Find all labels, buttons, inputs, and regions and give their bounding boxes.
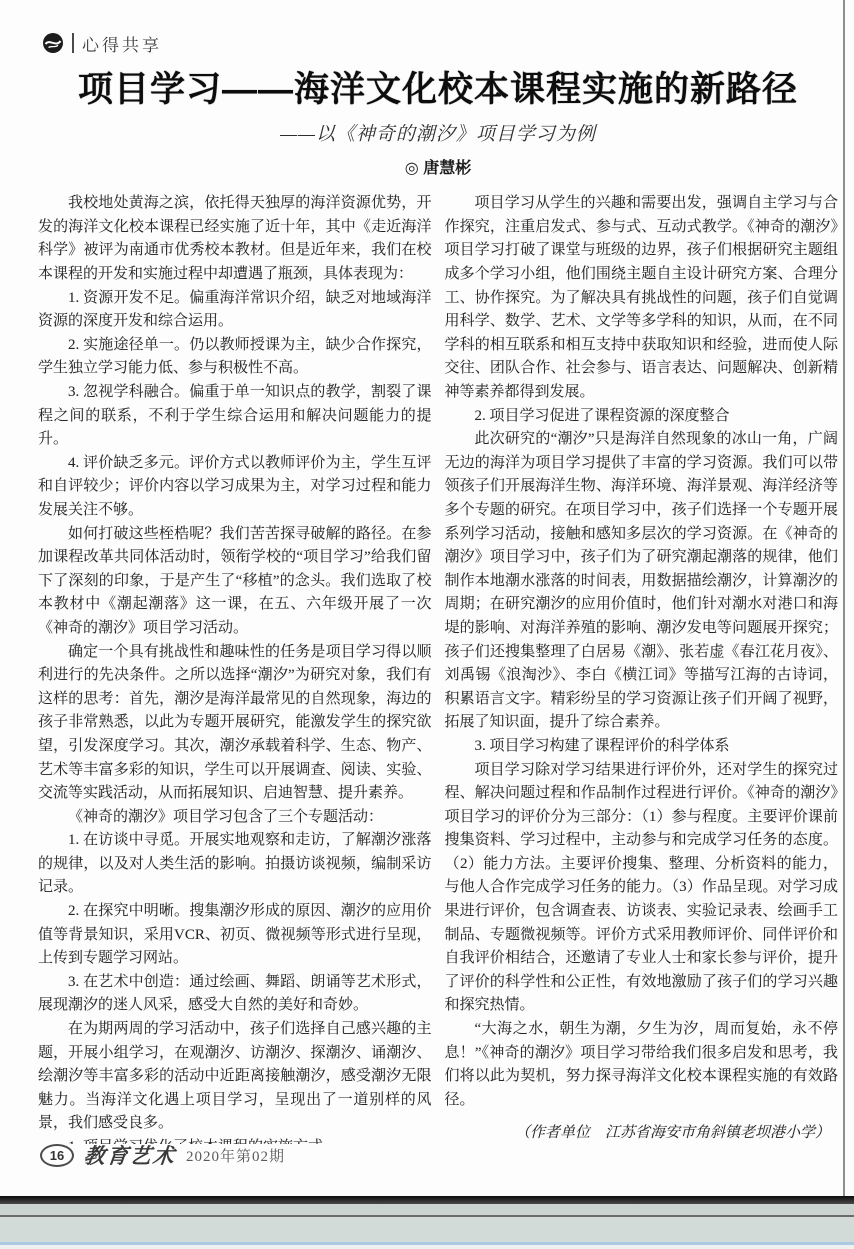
viewer-bottom-strip xyxy=(0,1245,854,1249)
journal-page: 心得共享 项目学习——海洋文化校本课程实施的新路径 ——以《神奇的潮汐》项目学习… xyxy=(0,0,854,1196)
paragraph: 如何打破这些桎梏呢？我们苦苦探寻破解的路径。在参加课程改革共同体活动时，领衔学校… xyxy=(38,523,432,641)
page-right-edge xyxy=(843,0,845,1196)
author-affiliation: （作者单位 江苏省海安市角斜镇老坝港小学） xyxy=(445,1122,839,1144)
header-divider xyxy=(72,33,74,53)
right-column: 项目学习从学生的兴趣和需要出发，强调自主学习与合作探究，注重启发式、参与式、互动… xyxy=(445,192,839,1144)
title-block: 项目学习——海洋文化校本课程实施的新路径 ——以《神奇的潮汐》项目学习为例 ◎ … xyxy=(38,70,838,178)
paragraph: 在为期两周的学习活动中，孩子们选择自己感兴趣的主题，开展小组学习，在观潮汐、访潮… xyxy=(38,1018,432,1136)
article-body: 我校地处黄海之滨，依托得天独厚的海洋资源优势，开发的海洋文化校本课程已经实施了近… xyxy=(38,192,838,1144)
scanned-journal-page-view: 心得共享 项目学习——海洋文化校本课程实施的新路径 ——以《神奇的潮汐》项目学习… xyxy=(0,0,854,1249)
paragraph: 2. 项目学习促进了课程资源的深度整合 xyxy=(445,405,839,429)
paragraph: 1. 在访谈中寻觅。开展实地观察和走访，了解潮汐涨落的规律，以及对人类生活的影响… xyxy=(38,829,432,900)
left-column: 我校地处黄海之滨，依托得天独厚的海洋资源优势，开发的海洋文化校本课程已经实施了近… xyxy=(38,192,432,1144)
section-label: 心得共享 xyxy=(82,31,162,56)
paragraph: 2. 在探究中明晰。搜集潮汐形成的原因、潮汐的应用价值等背景知识，采用VCR、初… xyxy=(38,900,432,971)
paragraph: 3. 在艺术中创造：通过绘画、舞蹈、朗诵等艺术形式，展现潮汐的迷人风采，感受大自… xyxy=(38,971,432,1018)
paragraph: “大海之水，朝生为潮，夕生为汐，周而复始，永不停息！”《神奇的潮汐》项目学习带给… xyxy=(445,1018,839,1112)
viewer-bottom-chrome xyxy=(0,1196,854,1249)
page-footer: 16 教育艺术 2020年第02期 xyxy=(40,1140,285,1170)
page-number-badge: 16 xyxy=(40,1144,74,1167)
paragraph: 4. 评价缺乏多元。评价方式以教师评价为主，学生互评和自评较少；评价内容以学习成… xyxy=(38,452,432,523)
paragraph: 项目学习从学生的兴趣和需要出发，强调自主学习与合作探究，注重启发式、参与式、互动… xyxy=(445,192,839,404)
paragraph: 3. 忽视学科融合。偏重于单一知识点的教学，割裂了课程之间的联系，不利于学生综合… xyxy=(38,381,432,452)
paragraph: 2. 实施途径单一。仍以教师授课为主，缺少合作探究，学生独立学习能力低、参与积极… xyxy=(38,334,432,381)
article-author: ◎ 唐慧彬 xyxy=(38,155,838,178)
paragraph: 1. 资源开发不足。偏重海洋常识介绍，缺乏对地域海洋资源的深度开发和综合运用。 xyxy=(38,287,432,334)
paragraph: 《神奇的潮汐》项目学习包含了三个专题活动： xyxy=(38,806,432,830)
paragraph: 3. 项目学习构建了课程评价的科学体系 xyxy=(445,735,839,759)
issue-label: 2020年第02期 xyxy=(186,1145,285,1166)
journal-name-logotype: 教育艺术 xyxy=(82,1140,177,1170)
article-subtitle: ——以《神奇的潮汐》项目学习为例 xyxy=(38,119,838,146)
column-header: 心得共享 xyxy=(42,30,838,56)
paragraph: 此次研究的“潮汐”只是海洋自然现象的冰山一角，广阔无边的海洋为项目学习提供了丰富… xyxy=(445,428,839,735)
paragraph: 项目学习除对学习结果进行评价外，还对学生的探究过程、解决问题过程和作品制作过程进… xyxy=(445,759,839,1019)
viewer-band xyxy=(0,1204,854,1215)
viewer-band xyxy=(0,1217,854,1242)
page-bottom-edge-shadow xyxy=(0,1196,854,1204)
journal-logo-icon xyxy=(42,32,64,54)
paragraph: 我校地处黄海之滨，依托得天独厚的海洋资源优势，开发的海洋文化校本课程已经实施了近… xyxy=(38,192,432,286)
article-title: 项目学习——海洋文化校本课程实施的新路径 xyxy=(38,70,838,110)
paragraph: 确定一个具有挑战性和趣味性的任务是项目学习得以顺利进行的先决条件。之所以选择“潮… xyxy=(38,641,432,806)
